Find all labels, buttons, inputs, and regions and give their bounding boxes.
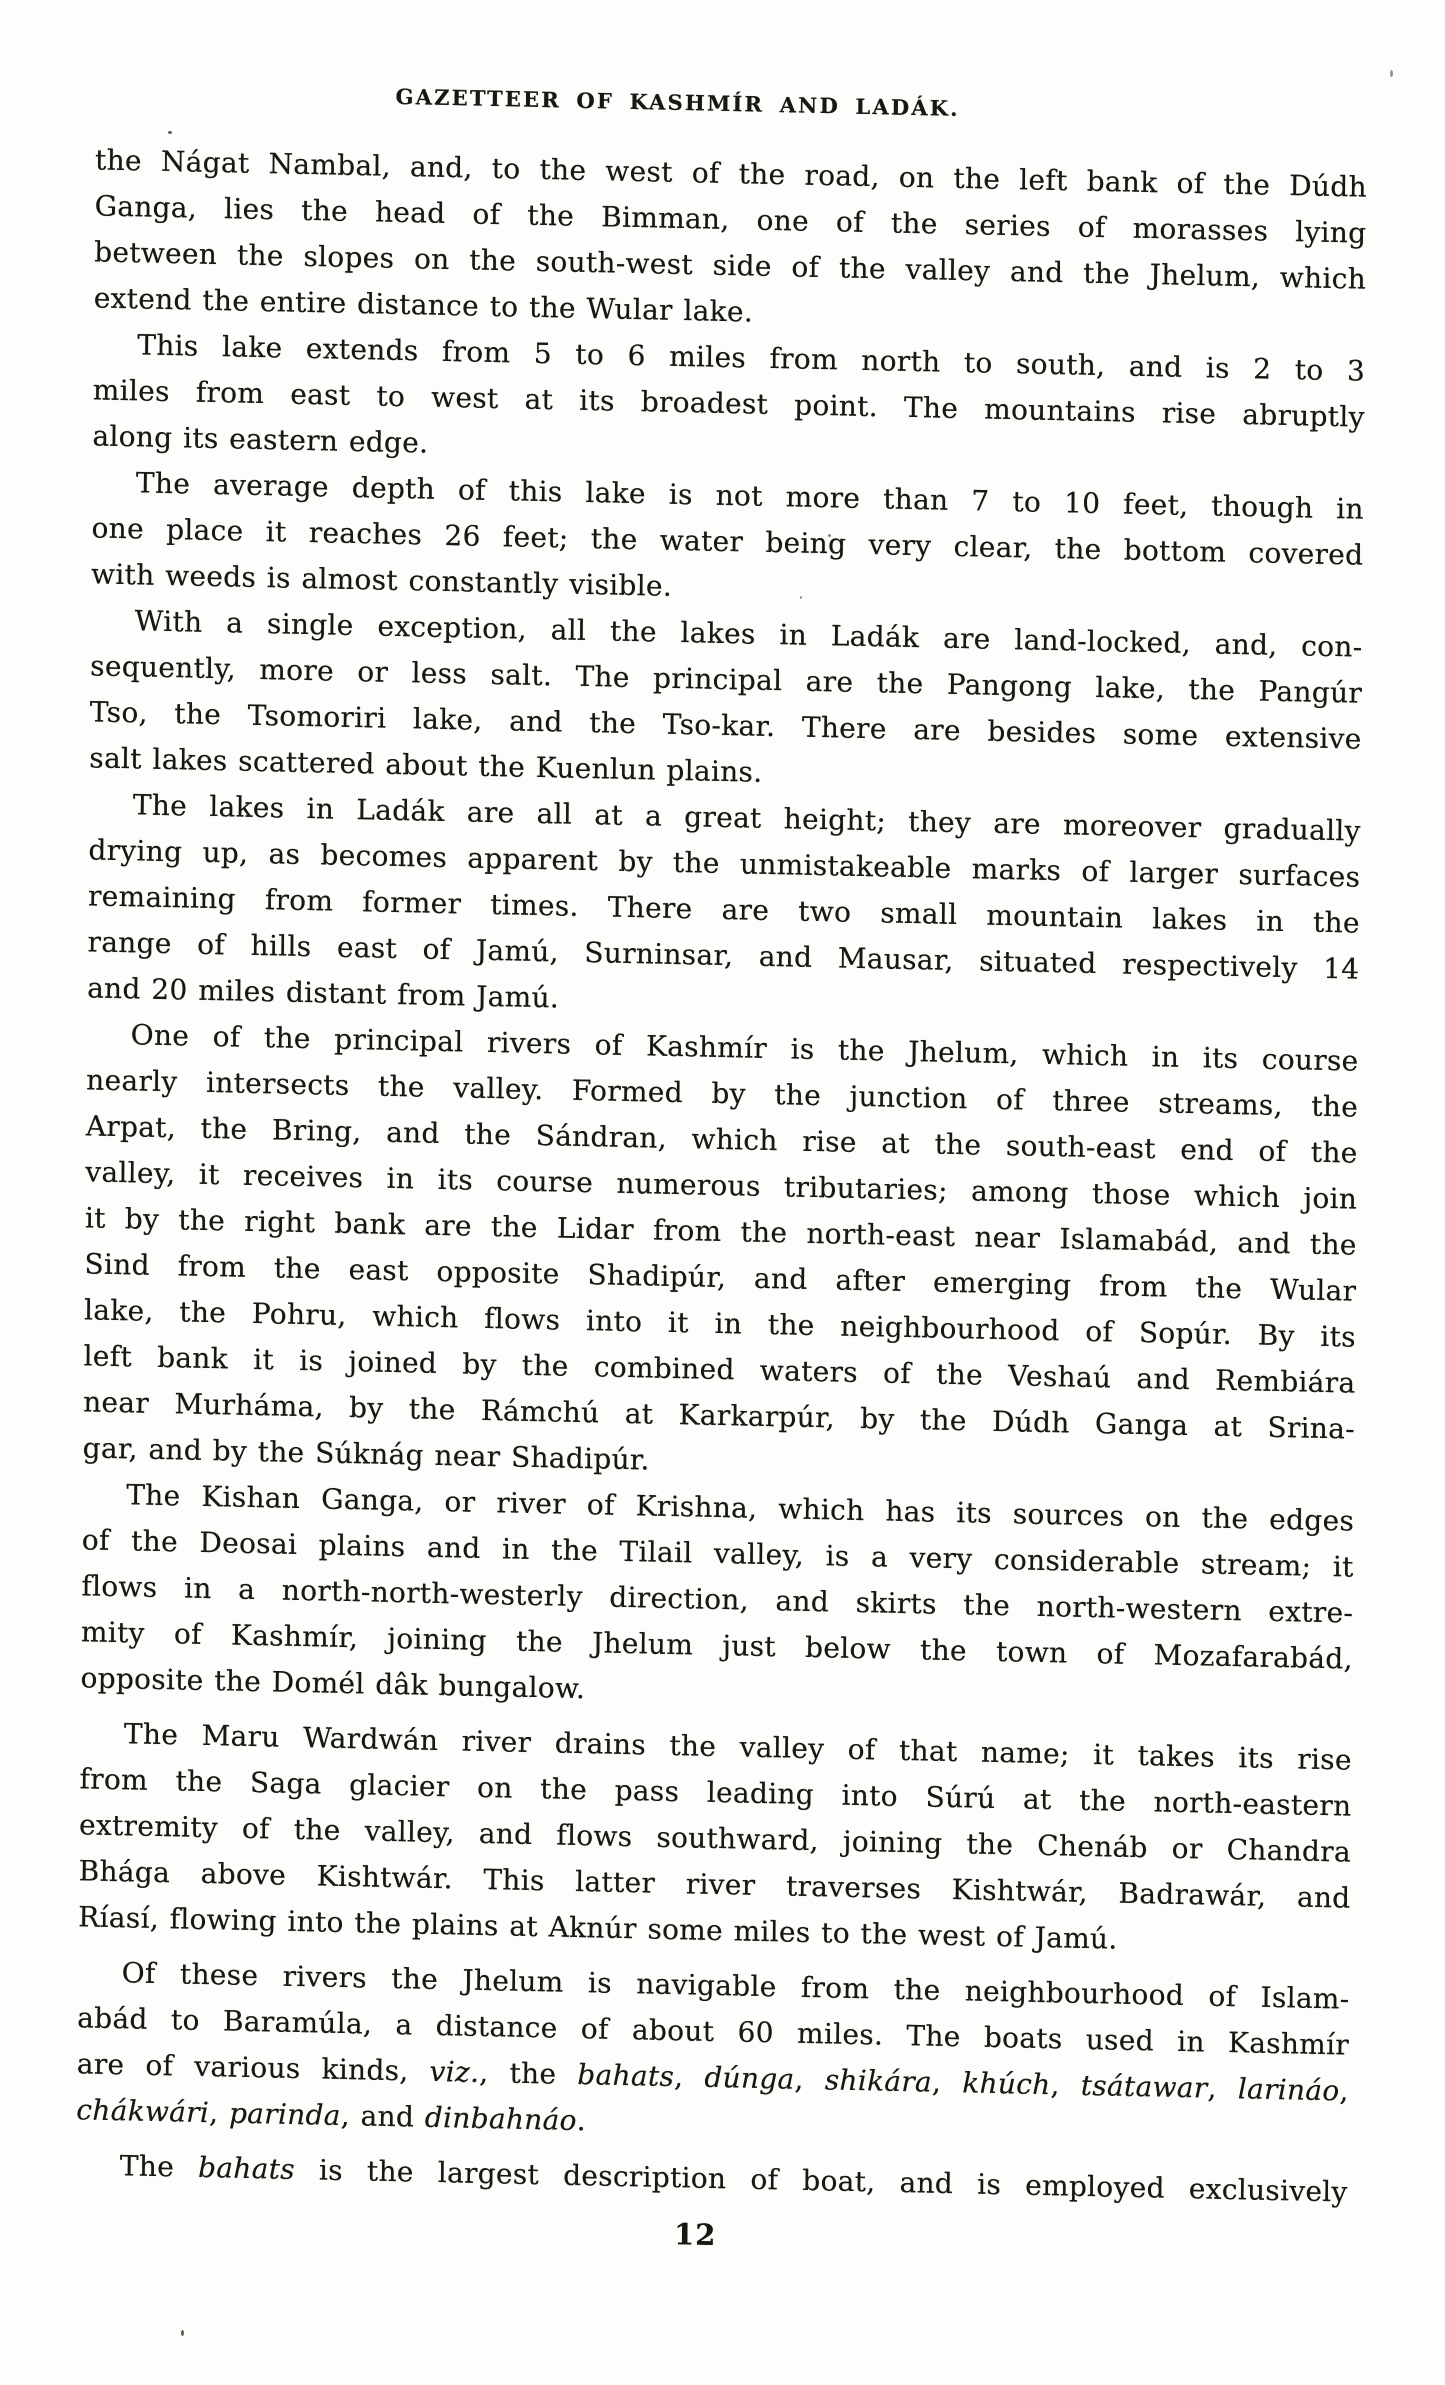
italic-term: bahats [577,2058,674,2093]
paragraph: This lake extends from 5 to 6 miles from… [92,321,1365,486]
text-run: are of various kinds, [77,2047,430,2088]
scan-speck [800,596,802,599]
text-run: The [120,2149,199,2184]
paragraph: One of the principal rivers of Kashmír i… [83,1011,1359,1498]
text-run: , [1050,2068,1081,2102]
scanned-book-page: GAZETTEER OF KASHMÍR AND LADÁK. the Nága… [0,0,1445,2385]
text-run: with weeds is almost constantly visible. [91,557,672,602]
paragraph: The Maru Wardwán river drains the valley… [78,1710,1352,1967]
italic-term: khúch [962,2066,1051,2101]
running-header: GAZETTEER OF KASHMÍR AND LADÁK. [42,75,1314,129]
italic-term: larináo [1238,2072,1340,2107]
page-content: GAZETTEER OF KASHMÍR AND LADÁK. the Nága… [75,0,1368,2272]
text-run: along its eastern edge. [92,419,428,459]
italic-term: viz. [429,2055,479,2089]
italic-term: dúnga [704,2061,794,2096]
text-run: , the [479,2056,577,2091]
text-run: , [1207,2072,1238,2106]
text-run: opposite the Domél dâk bungalow. [80,1661,585,1705]
italic-term: chákwári [76,2093,209,2129]
scan-speck [168,131,172,134]
paragraph: the Nágat Nambal, and, to the west of th… [94,137,1368,348]
text-run: and 20 miles distant from Jamú. [87,971,559,1014]
scan-speck [181,2330,184,2336]
page-body: the Nágat Nambal, and, to the west of th… [76,137,1367,2215]
text-run: is the largest description of boat, and … [295,2153,1348,2209]
text-run: , [674,2060,705,2094]
paragraph: The Kishan Ganga, or river of Krishna, w… [80,1471,1354,1728]
text-run: , [932,2066,963,2100]
text-run: , [1339,2074,1349,2107]
text-run: gar, and by the Súknág near Shadipúr. [83,1431,650,1476]
italic-term: tsátawar [1081,2069,1208,2105]
paragraph: The average depth of this lake is not mo… [91,459,1364,624]
text-run: . [577,2104,587,2137]
text-run: , [209,2096,229,2129]
italic-term: dinbahnáo [425,2101,577,2137]
text-run: salt lakes scattered about the Kuenlun p… [89,741,762,788]
scan-speck [742,640,744,642]
text-run: extend the entire distance to the Wular … [94,281,754,328]
italic-term: shikára [825,2063,933,2098]
text-run: , and [341,2099,425,2134]
scan-speck [828,534,831,537]
paragraph: With a single exception, all the lakes i… [89,597,1363,808]
paragraph: Of these rivers the Jhelum is navigable … [76,1949,1350,2160]
italic-term: bahats [198,2151,295,2186]
text-run: , [794,2063,825,2097]
paragraph: The lakes in Ladák are all at a great he… [87,781,1361,1038]
scan-speck [1390,70,1393,77]
italic-term: parinda [229,2097,341,2132]
